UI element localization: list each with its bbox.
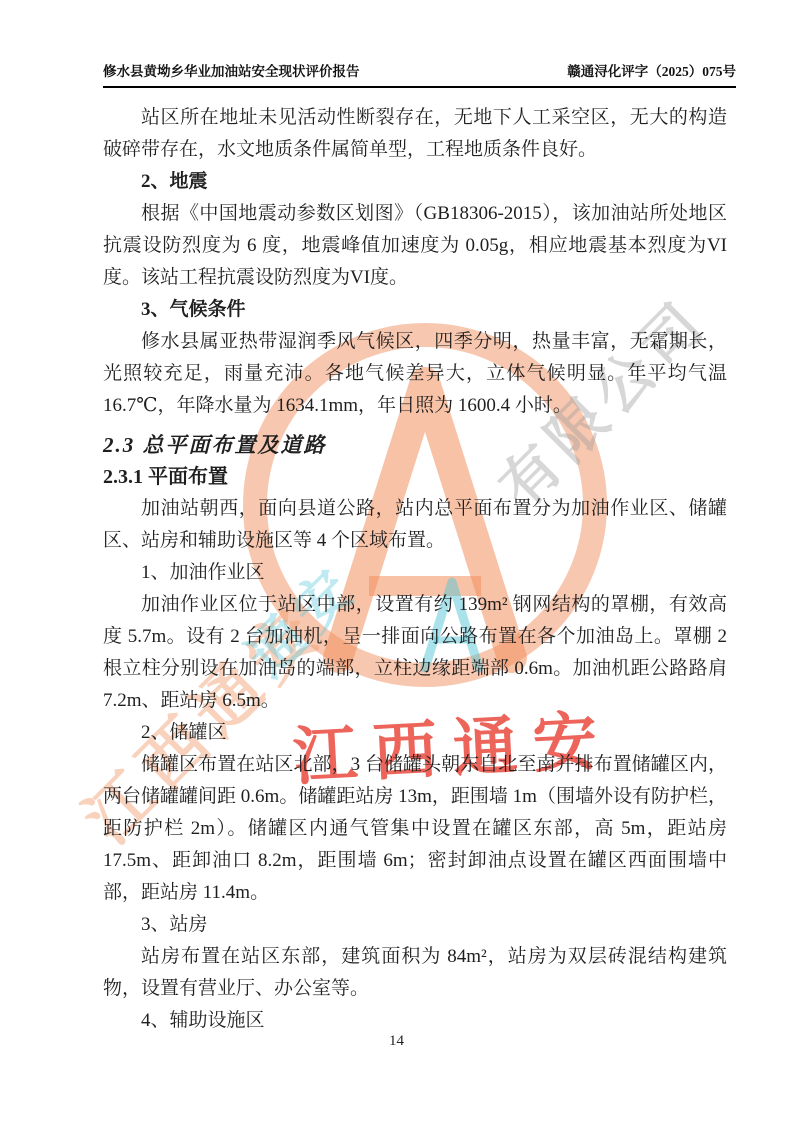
- header-document-number: 赣通浔化评字（2025）075号: [567, 60, 736, 80]
- heading-climate: 3、气候条件: [103, 294, 727, 326]
- para-geology: 站区所在地址未见活动性断裂存在，无地下人工采空区，无大的构造破碎带存在，水文地质…: [103, 102, 727, 166]
- document-page: 江西通安 有限公司 通安 江西通安 修水县黄坳乡华业加油站安全现状评价报告 赣通…: [0, 0, 793, 1122]
- heading-section-2-3: 2.3 总平面布置及道路: [103, 429, 727, 461]
- heading-tank-area: 2、储罐区: [103, 717, 727, 749]
- heading-subsection-2-3-1: 2.3.1 平面布置: [103, 461, 727, 493]
- page-number: 14: [0, 1033, 793, 1050]
- para-fueling-area: 加油作业区位于站区中部，设置有约 139m² 钢网结构的罩棚，有效高度 5.7m…: [103, 589, 727, 717]
- header-report-title: 修水县黄坳乡华业加油站安全现状评价报告: [103, 60, 360, 80]
- document-body: 站区所在地址未见活动性断裂存在，无地下人工采空区，无大的构造破碎带存在，水文地质…: [103, 102, 727, 1037]
- heading-fueling-area: 1、加油作业区: [103, 557, 727, 589]
- page-header: 修水县黄坳乡华业加油站安全现状评价报告 赣通浔化评字（2025）075号: [103, 60, 736, 88]
- heading-station-building: 3、站房: [103, 909, 727, 941]
- heading-earthquake: 2、地震: [103, 166, 727, 198]
- para-climate: 修水县属亚热带湿润季风气候区，四季分明，热量丰富，无霜期长，光照较充足，雨量充沛…: [103, 326, 727, 422]
- para-layout-overview: 加油站朝西，面向县道公路，站内总平面布置分为加油作业区、储罐区、站房和辅助设施区…: [103, 493, 727, 557]
- para-tank-area: 储罐区布置在站区北部，3 台储罐头朝东自北至南并排布置储罐区内，两台储罐罐间距 …: [103, 749, 727, 909]
- para-station-building: 站房布置在站区东部，建筑面积为 84m²，站房为双层砖混结构建筑物，设置有营业厅…: [103, 941, 727, 1005]
- para-earthquake: 根据《中国地震动参数区划图》（GB18306-2015），该加油站所处地区抗震设…: [103, 198, 727, 294]
